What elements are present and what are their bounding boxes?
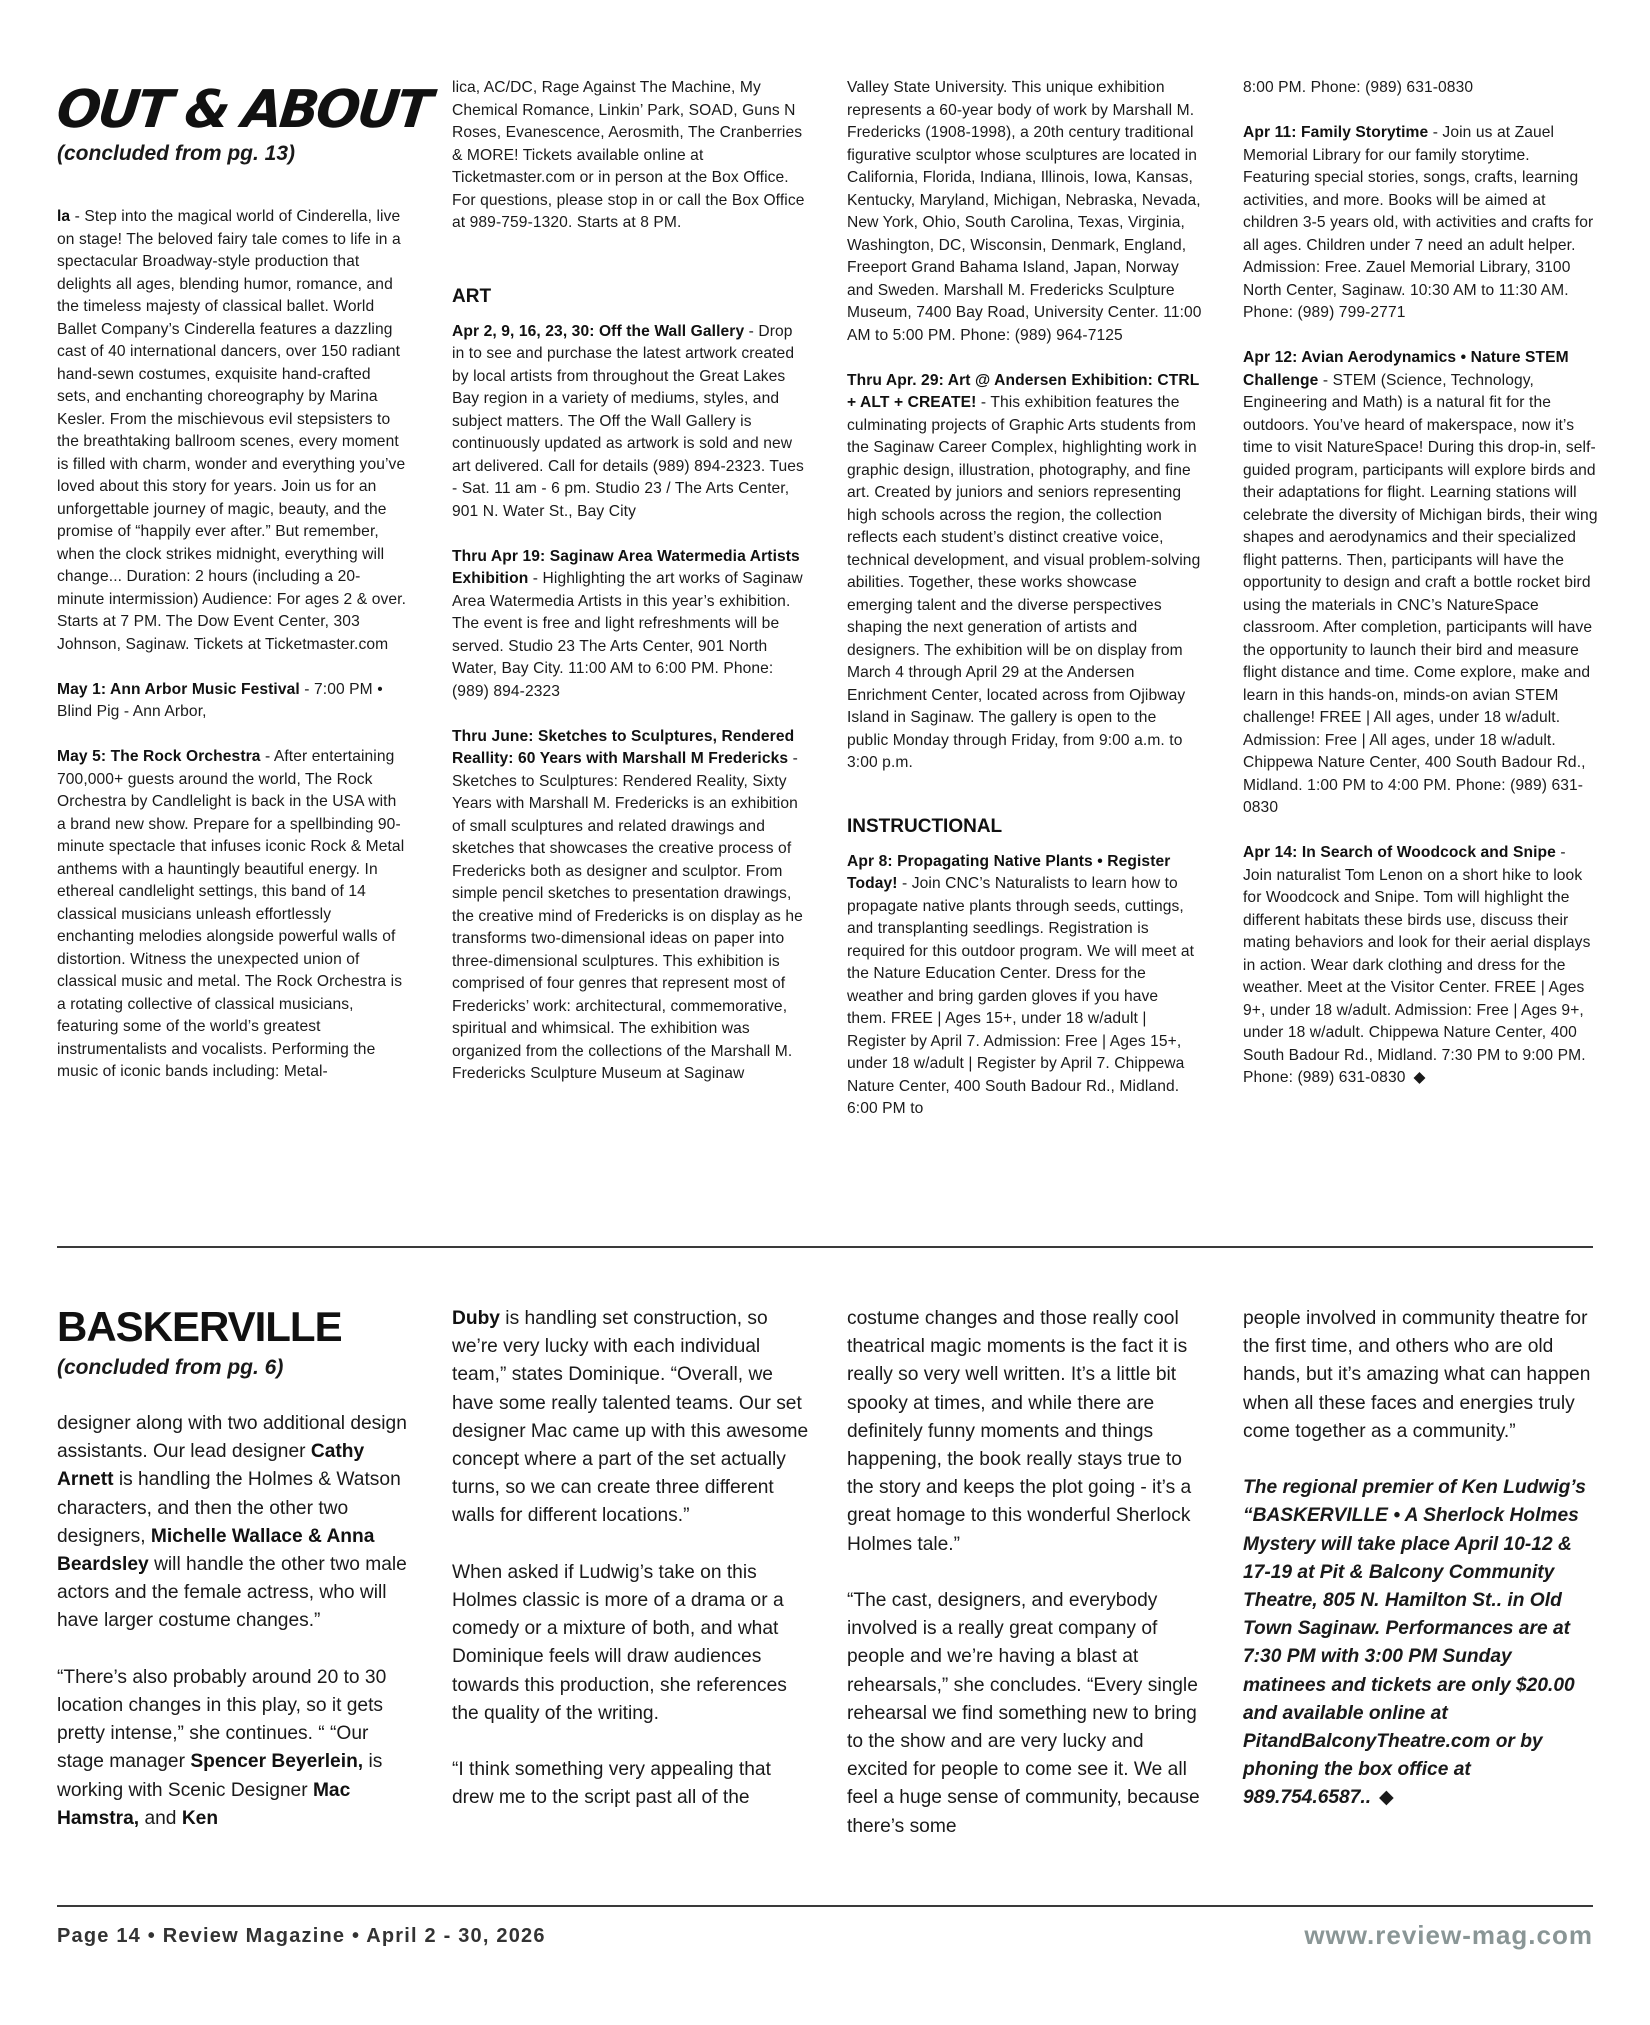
article-paragraph: “The cast, designers, and everybody invo… <box>847 1587 1207 1841</box>
article-paragraph: designer along with two additional desig… <box>57 1410 412 1636</box>
event-title: Apr 2, 9, 16, 23, 30: Off the Wall Galle… <box>452 323 744 340</box>
event-body: - Highlighting the art works of Saginaw … <box>452 570 803 700</box>
event-propagating-native-plants: Apr 8: Propagating Native Plants • Regis… <box>847 851 1202 1121</box>
baskerville-column-1: designer along with two additional desig… <box>57 1410 412 1861</box>
event-watermedia-exhibition: Thru Apr 19: Saginaw Area Watermedia Art… <box>452 546 807 704</box>
end-diamond-icon: ◆ <box>1414 1067 1426 1090</box>
event-title: Apr 11: Family Storytime <box>1243 124 1428 141</box>
article-paragraph: people involved in community theatre for… <box>1243 1305 1598 1446</box>
category-heading-art: ART <box>452 285 807 309</box>
event-body: - Sketches to Sculptures: Rendered Reali… <box>452 750 803 1082</box>
performance-info: The regional premier of Ken Ludwig’s “BA… <box>1243 1474 1598 1812</box>
article-paragraph: costume changes and those really cool th… <box>847 1305 1207 1559</box>
event-title: May 5: The Rock Orchestra <box>57 748 261 765</box>
person-name: Duby <box>452 1308 500 1329</box>
website-url: www.review-mag.com <box>1304 1920 1593 1951</box>
event-body: - STEM (Science, Technology, Engineering… <box>1243 372 1598 817</box>
event-body: - This exhibition features the culminati… <box>847 394 1200 771</box>
out-about-column-3: Valley State University. This unique exh… <box>847 77 1202 1143</box>
event-title: la <box>57 208 70 225</box>
event-body: - Join us at Zauel Memorial Library for … <box>1243 124 1593 321</box>
event-ann-arbor-music-festival: May 1: Ann Arbor Music Festival - 7:00 P… <box>57 679 407 724</box>
page-footer-info: Page 14 • Review Magazine • April 2 - 30… <box>57 1925 546 1948</box>
paragraph-text: is handling set construction, so we’re v… <box>452 1308 808 1526</box>
event-cinderella: la - Step into the magical world of Cind… <box>57 206 407 656</box>
article-paragraph: When asked if Ludwig’s take on this Holm… <box>452 1559 812 1728</box>
category-heading-instructional: INSTRUCTIONAL <box>847 815 1202 839</box>
article-paragraph: Duby is handling set construction, so we… <box>452 1305 812 1531</box>
paragraph-text: and <box>139 1808 182 1829</box>
event-sketches-continued: Valley State University. This unique exh… <box>847 77 1202 347</box>
end-diamond-icon: ◆ <box>1379 1784 1394 1812</box>
person-name: Spencer Beyerlein, <box>190 1751 363 1772</box>
event-avian-aerodynamics: Apr 12: Avian Aerodynamics • Nature STEM… <box>1243 347 1598 820</box>
out-about-column-1: la - Step into the magical world of Cind… <box>57 206 407 1106</box>
event-family-storytime: Apr 11: Family Storytime - Join us at Za… <box>1243 122 1598 325</box>
event-off-the-wall-gallery: Apr 2, 9, 16, 23, 30: Off the Wall Galle… <box>452 321 807 524</box>
person-name: Ken <box>182 1808 218 1829</box>
event-title: Thru June: Sketches to Sculptures, Rende… <box>452 728 794 768</box>
event-title: May 1: Ann Arbor Music Festival <box>57 681 300 698</box>
event-rock-orchestra-continued: lica, AC/DC, Rage Against The Machine, M… <box>452 77 807 235</box>
promo-text: The regional premier of Ken Ludwig’s “BA… <box>1243 1477 1586 1808</box>
out-about-column-2: lica, AC/DC, Rage Against The Machine, M… <box>452 77 807 1108</box>
event-body: - After entertaining 700,000+ guests aro… <box>57 748 404 1080</box>
article-paragraph: “There’s also probably around 20 to 30 l… <box>57 1664 412 1833</box>
baskerville-column-3: costume changes and those really cool th… <box>847 1305 1207 1869</box>
event-body: - Step into the magical world of Cindere… <box>57 208 406 653</box>
section-subtitle-baskerville: (concluded from pg. 6) <box>57 1356 283 1380</box>
footer-divider <box>57 1905 1593 1907</box>
section-subtitle-out-about: (concluded from pg. 13) <box>57 142 295 166</box>
event-art-at-andersen: Thru Apr. 29: Art @ Andersen Exhibition:… <box>847 370 1202 775</box>
baskerville-column-4: people involved in community theatre for… <box>1243 1305 1598 1841</box>
event-body: - Join naturalist Tom Lenon on a short h… <box>1243 844 1590 1086</box>
event-sketches-to-sculptures: Thru June: Sketches to Sculptures, Rende… <box>452 726 807 1086</box>
event-woodcock-and-snipe: Apr 14: In Search of Woodcock and Snipe … <box>1243 842 1598 1090</box>
event-body: - Drop in to see and purchase the latest… <box>452 323 804 520</box>
event-body: - Join CNC’s Naturalists to learn how to… <box>847 875 1194 1117</box>
out-about-column-4: 8:00 PM. Phone: (989) 631-0830 Apr 11: F… <box>1243 77 1598 1112</box>
baskerville-column-2: Duby is handling set construction, so we… <box>452 1305 812 1841</box>
section-title-baskerville: BASKERVILLE <box>57 1302 342 1352</box>
article-paragraph: “I think something very appealing that d… <box>452 1756 812 1812</box>
event-title: Apr 14: In Search of Woodcock and Snipe <box>1243 844 1556 861</box>
event-native-plants-continued: 8:00 PM. Phone: (989) 631-0830 <box>1243 77 1598 100</box>
section-title-out-about: OUT & ABOUT <box>54 80 433 140</box>
event-rock-orchestra: May 5: The Rock Orchestra - After entert… <box>57 746 407 1084</box>
section-divider <box>57 1246 1593 1248</box>
